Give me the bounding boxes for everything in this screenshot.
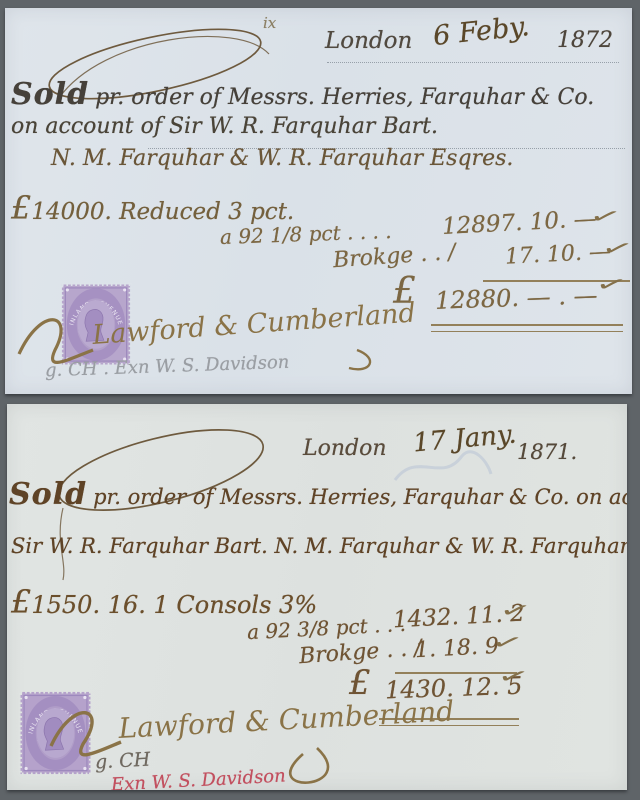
sale-note-1872: ix London 6 Feby. 1872 Soldpr. order of … [5,8,632,394]
check-icon: ✓ [496,597,535,624]
pencil-note: g. CH [95,751,151,773]
body-line-1: Soldpr. order of Messrs. Herries, Farquh… [9,480,627,510]
photo-of-documents: ix London 6 Feby. 1872 Soldpr. order of … [0,0,640,800]
check-icon: ✓ [488,629,527,656]
security-text: 14000. Reduced 3 pct. [31,199,294,225]
body-line-1-text: pr. order of Messrs. Herries, Farquhar &… [93,485,627,509]
check-icon: ✓ [592,271,631,298]
dateline-rule [327,62,619,63]
body-line-2: Sir W. R. Farquhar Bart. N. M. Farquhar … [11,536,627,557]
net-amount: 12880. — . — [435,283,598,313]
sold-word: Sold [9,477,87,512]
dateline-place: London [325,30,412,53]
brokerage-amount: 17. 10. — [504,241,611,269]
pound-symbol: £ [11,583,31,621]
security-line: £14000. Reduced 3 pct. [11,192,294,224]
dateline-year: 1871. [517,442,577,463]
security-text: 1550. 16. 1 Consols 3% [31,591,317,619]
dateline-day-month: 6 Feby. [432,13,531,50]
sold-word: Sold [11,77,89,112]
dateline-year: 1872 [557,30,613,52]
dateline-place: London [303,438,387,460]
brokerage-amount: 1. 18. 9 [414,636,499,662]
total-rule [431,324,623,332]
security-line: £1550. 16. 1 Consols 3% [11,586,317,618]
corner-annotation: ix [263,16,276,31]
brokerage-label: Brokge . . / [332,242,456,273]
gross-amount: 12897. 10. — [442,208,598,239]
body-line-2: on account of Sir W. R. Farquhar Bart. [11,116,438,138]
dateline-day-month: 17 Jany. [412,422,517,457]
signature-text: Lawford & Cumberland [117,694,455,745]
check-icon: ✓ [586,203,625,230]
pound-symbol: £ [11,189,31,227]
signature-text: Lawford & Cumberland [90,297,416,351]
body-line-1: Soldpr. order of Messrs. Herries, Farquh… [11,80,594,110]
sale-note-1871: London 17 Jany. 1871. Soldpr. order of M… [7,404,627,790]
body-line-1-text: pr. order of Messrs. Herries, Farquhar &… [95,85,594,110]
rate-line: a 92 1/8 pct . . . . [220,221,392,247]
body-line-3: N. M. Farquhar & W. R. Farquhar Esqres. [51,148,513,170]
